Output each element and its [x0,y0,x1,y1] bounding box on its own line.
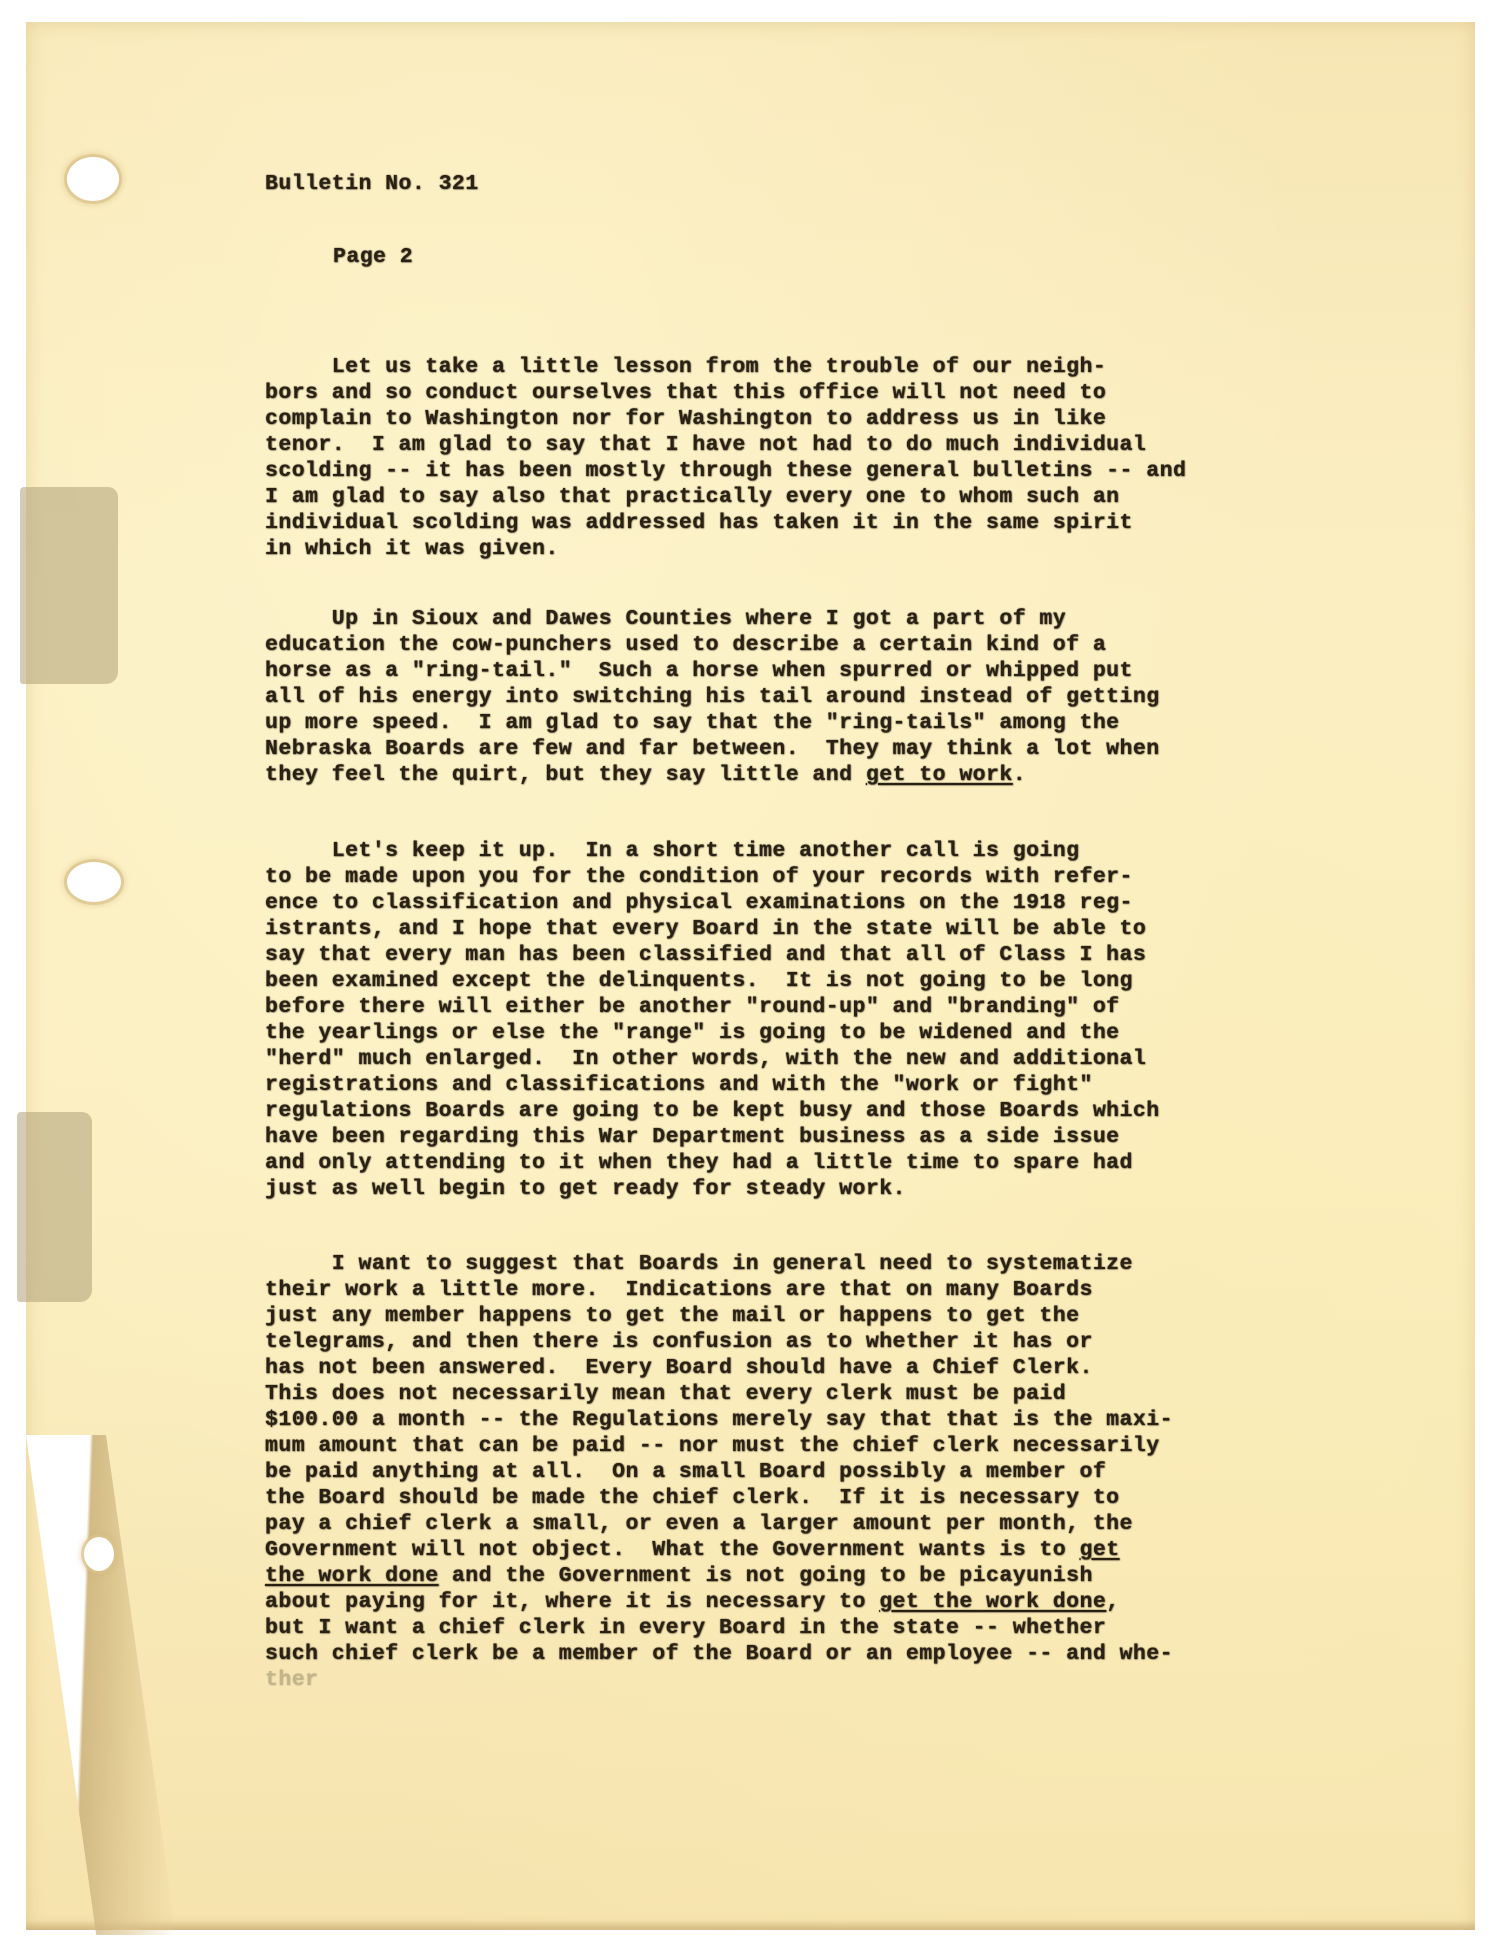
text-line: individual scolding was addressed has ta… [265,510,1133,536]
underlined-phrase: get to work [866,763,1013,787]
text-line: regulations Boards are going to be kept … [265,1098,1160,1124]
text-segment: Government will not object. What the Gov… [265,1538,1079,1562]
text-line: istrants, and I hope that every Board in… [265,916,1146,942]
text-line: Let us take a little lesson from the tro… [265,354,1106,380]
text-line: education the cow-punchers used to descr… [265,632,1106,658]
text-line: mum amount that can be paid -- nor must … [265,1433,1160,1459]
page-number: Page 2 [333,244,413,270]
text-line: they feel the quirt, but they say little… [265,762,1026,788]
text-line: "herd" much enlarged. In other words, wi… [265,1046,1146,1072]
text-line: Let's keep it up. In a short time anothe… [265,838,1079,864]
text-line: just as well begin to get ready for stea… [265,1176,906,1202]
text-line: about paying for it, where it is necessa… [265,1589,1120,1615]
text-line: scolding -- it has been mostly through t… [265,458,1186,484]
text-line: Government will not object. What the Gov… [265,1537,1120,1563]
text-line: just any member happens to get the mail … [265,1303,1079,1329]
text-line: the Board should be made the chief clerk… [265,1485,1120,1511]
text-line: ence to classification and physical exam… [265,890,1133,916]
text-line: their work a little more. Indications ar… [265,1277,1093,1303]
text-line: $100.00 a month -- the Regulations merel… [265,1407,1173,1433]
text-segment: they feel the quirt, but they say little… [265,763,866,787]
punch-hole-top [67,157,119,201]
text-line: Nebraska Boards are few and far between.… [265,736,1160,762]
text-line: to be made upon you for the condition of… [265,864,1133,890]
text-line: and only attending to it when they had a… [265,1150,1133,1176]
text-line: I am glad to say also that practically e… [265,484,1120,510]
text-line: This does not necessarily mean that ever… [265,1381,1066,1407]
tape-stain-upper [20,487,118,684]
underlined-phrase: get [1079,1538,1119,1562]
text-line: up more speed. I am glad to say that the… [265,710,1120,736]
punch-hole-bottom [84,1537,114,1571]
underlined-phrase: the work done [265,1564,439,1588]
text-line: the yearlings or else the "range" is goi… [265,1020,1120,1046]
bulletin-number: Bulletin No. 321 [265,171,479,197]
faded-text-line: ther [265,1667,318,1693]
text-line: telegrams, and then there is confusion a… [265,1329,1093,1355]
text-line: say that every man has been classified a… [265,942,1146,968]
tape-stain-lower [17,1112,92,1302]
text-line: complain to Washington nor for Washingto… [265,406,1106,432]
text-line: horse as a "ring-tail." Such a horse whe… [265,658,1133,684]
text-segment: and the Government is not going to be pi… [439,1564,1093,1588]
text-line: tenor. I am glad to say that I have not … [265,432,1146,458]
text-line: but I want a chief clerk in every Board … [265,1615,1106,1641]
underlined-phrase: get the work done [879,1590,1106,1614]
text-segment: about paying for it, where it is necessa… [265,1590,879,1614]
punch-hole-middle [67,862,121,902]
text-line: I want to suggest that Boards in general… [265,1251,1133,1277]
text-line: such chief clerk be a member of the Boar… [265,1641,1173,1667]
text-line: pay a chief clerk a small, or even a lar… [265,1511,1133,1537]
text-line: in which it was given. [265,536,559,562]
text-line: have been regarding this War Department … [265,1124,1120,1150]
text-line: Up in Sioux and Dawes Counties where I g… [265,606,1066,632]
text-line: registrations and classifications and wi… [265,1072,1093,1098]
text-line: bors and so conduct ourselves that this … [265,380,1106,406]
text-line: has not been answered. Every Board shoul… [265,1355,1093,1381]
text-line: all of his energy into switching his tai… [265,684,1160,710]
text-line: the work done and the Government is not … [265,1563,1093,1589]
text-line: been examined except the delinquents. It… [265,968,1133,994]
text-segment: . [1013,763,1026,787]
text-segment: , [1106,1590,1119,1614]
text-line: be paid anything at all. On a small Boar… [265,1459,1106,1485]
text-line: before there will either be another "rou… [265,994,1120,1020]
